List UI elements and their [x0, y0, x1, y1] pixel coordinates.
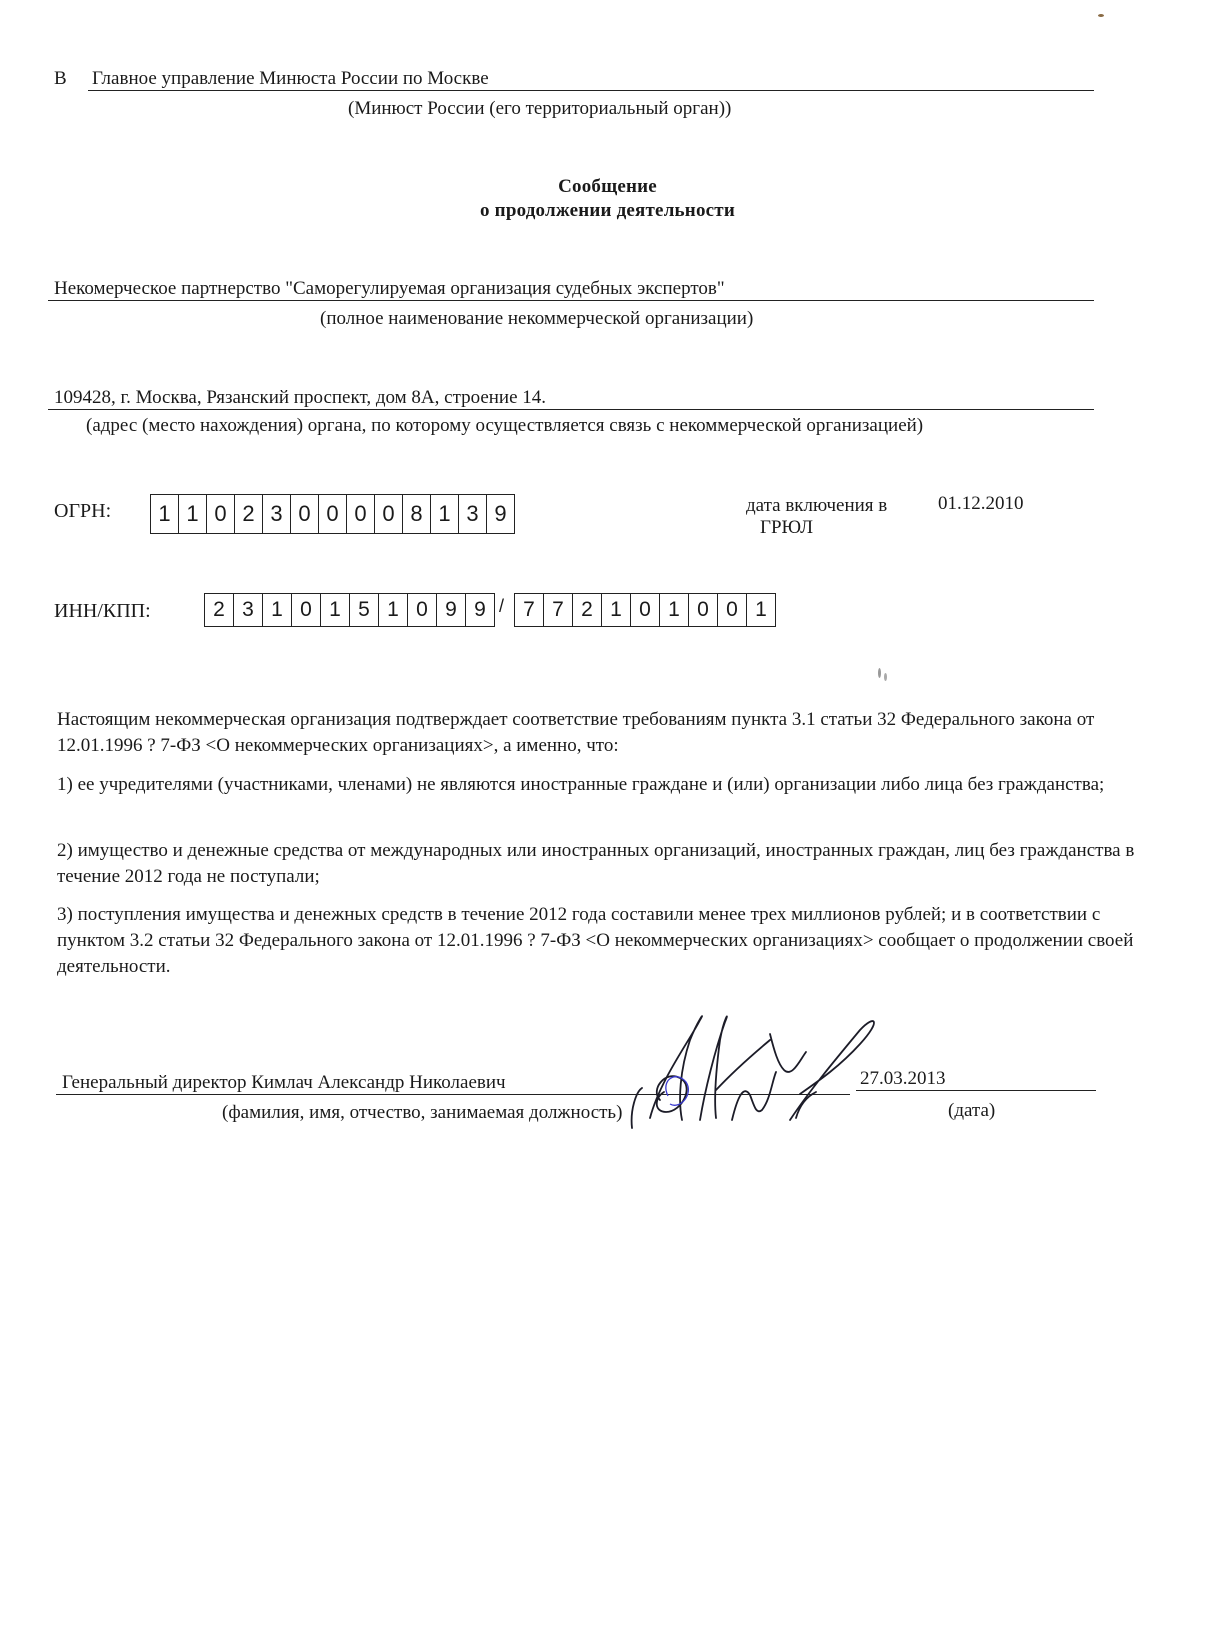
organization-address: 109428, г. Москва, Рязанский проспект, д… — [54, 387, 546, 409]
inn-digit: 3 — [234, 594, 263, 626]
ogrn-digit: 3 — [263, 495, 291, 533]
signatory-caption: (фамилия, имя, отчество, занимаемая долж… — [222, 1102, 622, 1124]
inn-kpp-separator: / — [499, 596, 504, 617]
kpp-digit: 7 — [544, 594, 573, 626]
inn-digit: 0 — [292, 594, 321, 626]
document-title: Сообщение — [0, 176, 1215, 198]
kpp-digit: 1 — [660, 594, 689, 626]
ogrn-digit: 2 — [235, 495, 263, 533]
ogrn-digit: 0 — [319, 495, 347, 533]
signatory-name: Генеральный директор Кимлач Александр Ни… — [62, 1072, 506, 1094]
kpp-digit: 0 — [631, 594, 660, 626]
ogrn-digit: 8 — [403, 495, 431, 533]
ogrn-digit: 0 — [207, 495, 235, 533]
ogrn-digit: 9 — [487, 495, 515, 533]
document-subtitle: о продолжении деятельности — [0, 200, 1215, 222]
recipient-caption: (Минюст России (его территориальный орга… — [348, 98, 731, 120]
inn-digit: 2 — [205, 594, 234, 626]
scan-speck — [1098, 14, 1104, 17]
kpp-digit: 0 — [718, 594, 747, 626]
kpp-digit: 0 — [689, 594, 718, 626]
inn-digit: 0 — [408, 594, 437, 626]
condition-item-2: 2) имущество и денежные средства от межд… — [57, 838, 1137, 890]
inn-digit: 5 — [350, 594, 379, 626]
registry-date-label-line2: ГРЮЛ — [760, 517, 813, 539]
inn-digit: 9 — [437, 594, 466, 626]
ogrn-digit: 1 — [431, 495, 459, 533]
ogrn-digit: 0 — [291, 495, 319, 533]
kpp-digit-boxes: 772101001 — [514, 593, 776, 627]
inn-digit: 1 — [321, 594, 350, 626]
recipient-underline — [88, 90, 1094, 91]
kpp-digit: 1 — [747, 594, 776, 626]
organization-name: Некомерческое партнерство "Саморегулируе… — [54, 278, 725, 300]
date-caption: (дата) — [948, 1100, 995, 1122]
condition-item-3: 3) поступления имущества и денежных сред… — [57, 902, 1137, 980]
inn-digit: 1 — [263, 594, 292, 626]
ogrn-digit: 0 — [347, 495, 375, 533]
org-name-caption: (полное наименование некоммерческой орга… — [320, 308, 753, 330]
registry-date: 01.12.2010 — [938, 493, 1024, 515]
ogrn-label: ОГРН: — [54, 500, 111, 523]
address-caption: (адрес (место нахождения) органа, по кот… — [86, 415, 923, 437]
kpp-digit: 1 — [602, 594, 631, 626]
kpp-digit: 2 — [573, 594, 602, 626]
to-prefix: В — [54, 68, 67, 90]
ogrn-digit: 0 — [375, 495, 403, 533]
kpp-digit: 7 — [515, 594, 544, 626]
ogrn-digit: 1 — [151, 495, 179, 533]
inn-digit-boxes: 2310151099 — [204, 593, 495, 627]
recipient: Главное управление Минюста России по Мос… — [92, 68, 489, 90]
ogrn-digit: 3 — [459, 495, 487, 533]
signature-icon — [620, 1000, 890, 1140]
registry-date-label: дата включения в — [746, 495, 887, 517]
ogrn-digit: 1 — [179, 495, 207, 533]
inn-digit: 9 — [466, 594, 495, 626]
org-name-underline — [48, 300, 1094, 301]
scan-speck — [884, 673, 887, 681]
ogrn-digit-boxes: 1102300008139 — [150, 494, 515, 534]
condition-item-1: 1) ее учредителями (участниками, членами… — [57, 772, 1137, 798]
scan-speck — [878, 668, 881, 678]
intro-paragraph: Настоящим некоммерческая организация под… — [57, 707, 1137, 759]
inn-kpp-label: ИНН/КПП: — [54, 600, 151, 623]
date-underline — [856, 1090, 1096, 1091]
inn-digit: 1 — [379, 594, 408, 626]
address-underline — [48, 409, 1094, 410]
